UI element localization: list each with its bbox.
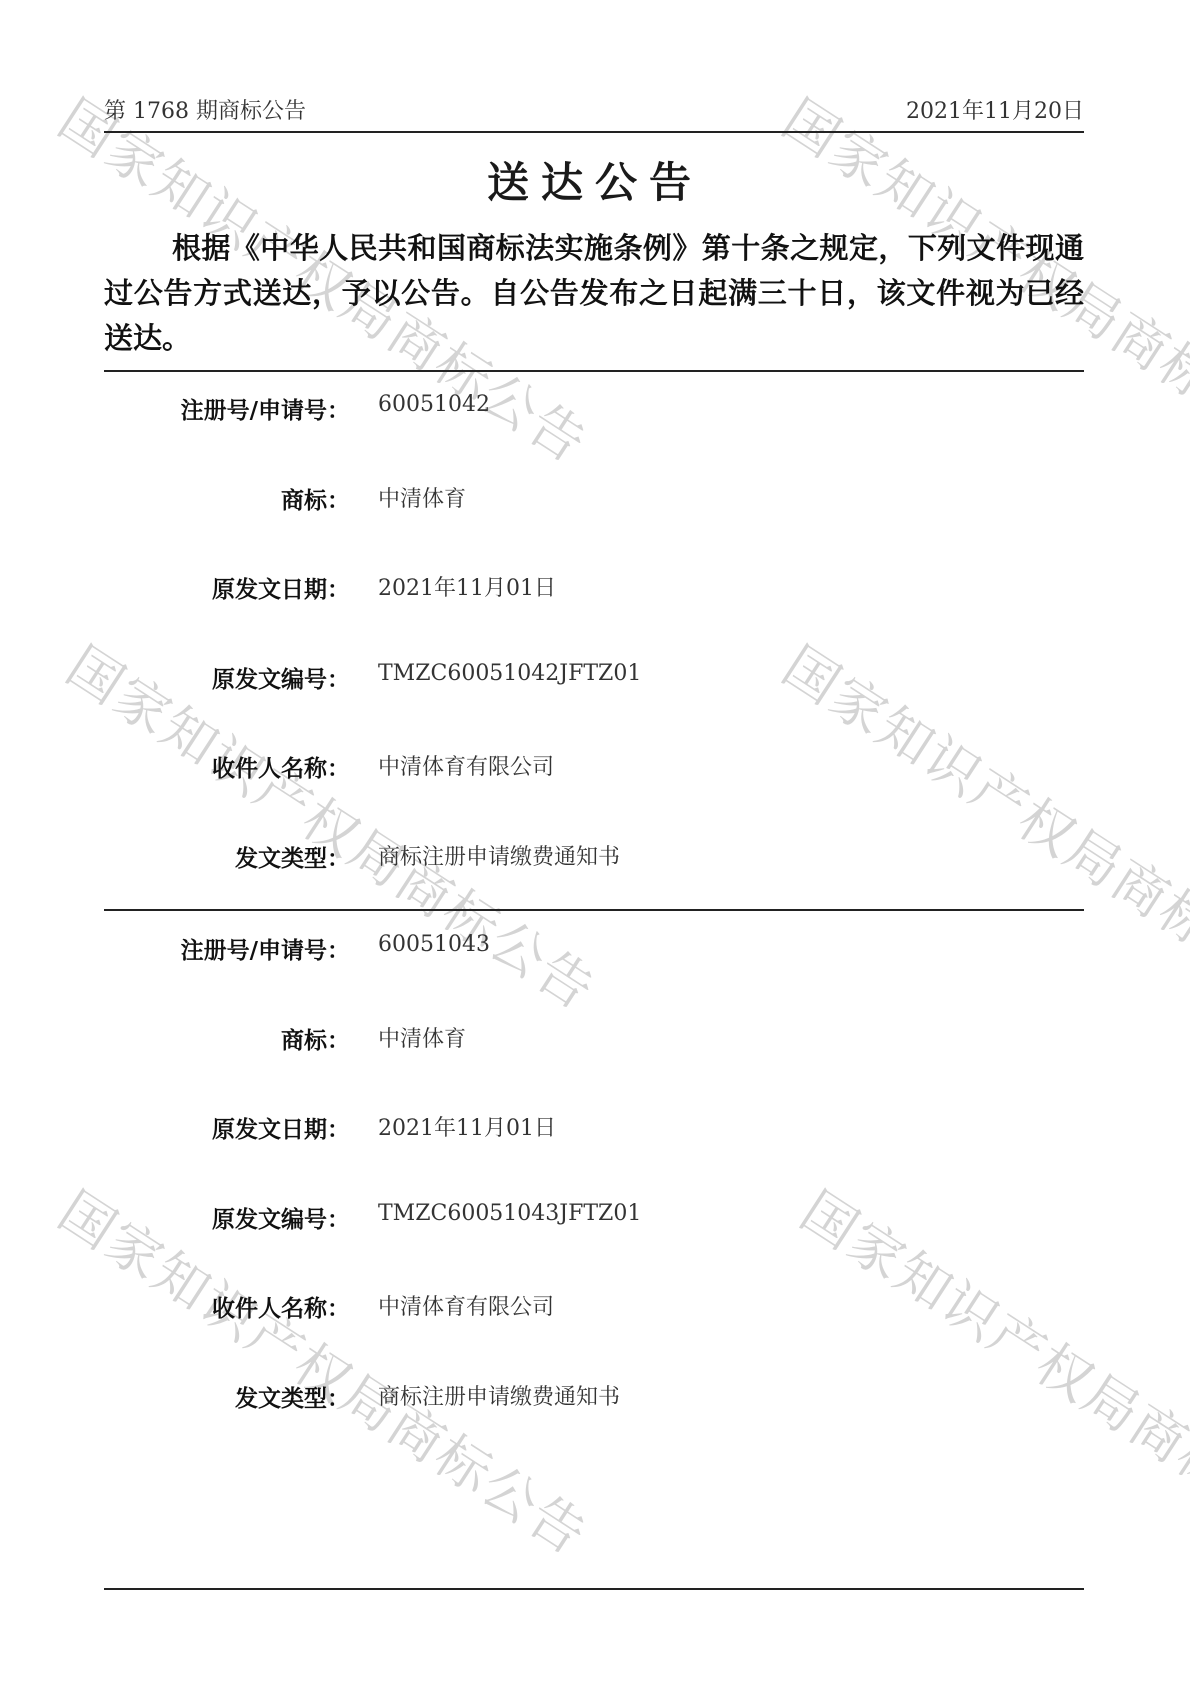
field-value: 60051042 — [378, 392, 490, 417]
field-label: 原发文编号： — [212, 1201, 350, 1234]
field-label: 商标： — [281, 482, 350, 515]
field-value: 中清体育 — [378, 482, 466, 513]
field-label: 注册号/申请号： — [181, 392, 350, 425]
field-value: TMZC60051042JFTZ01 — [378, 661, 641, 686]
header-divider — [104, 131, 1084, 133]
section-divider — [104, 370, 1084, 372]
field-label: 原发文日期： — [212, 1111, 350, 1144]
record-divider — [104, 909, 1084, 911]
field-orig-date: 原发文日期： 2021年11月01日 — [0, 571, 1190, 607]
field-recipient: 收件人名称： 中清体育有限公司 — [0, 750, 1190, 786]
field-label: 发文类型： — [235, 840, 350, 873]
issue-date: 2021年11月20日 — [906, 94, 1084, 125]
field-value: 2021年11月01日 — [378, 1111, 556, 1142]
field-value: 2021年11月01日 — [378, 571, 556, 602]
field-doc-type: 发文类型： 商标注册申请缴费通知书 — [0, 1380, 1190, 1416]
issue-number: 第 1768 期商标公告 — [104, 94, 306, 125]
field-reg-no: 注册号/申请号： 60051042 — [0, 392, 1190, 428]
field-reg-no: 注册号/申请号： 60051043 — [0, 932, 1190, 968]
field-value: 中清体育有限公司 — [378, 1290, 554, 1321]
field-orig-no: 原发文编号： TMZC60051043JFTZ01 — [0, 1201, 1190, 1237]
field-recipient: 收件人名称： 中清体育有限公司 — [0, 1290, 1190, 1326]
field-trademark: 商标： 中清体育 — [0, 1022, 1190, 1058]
footer-divider — [104, 1588, 1084, 1590]
field-orig-date: 原发文日期： 2021年11月01日 — [0, 1111, 1190, 1147]
field-label: 商标： — [281, 1022, 350, 1055]
page-title: 送达公告 — [0, 150, 1190, 210]
field-label: 发文类型： — [235, 1380, 350, 1413]
field-label: 原发文编号： — [212, 661, 350, 694]
field-label: 原发文日期： — [212, 571, 350, 604]
field-label: 注册号/申请号： — [181, 932, 350, 965]
field-doc-type: 发文类型： 商标注册申请缴费通知书 — [0, 840, 1190, 876]
field-label: 收件人名称： — [212, 1290, 350, 1323]
field-value: 中清体育 — [378, 1022, 466, 1053]
field-value: TMZC60051043JFTZ01 — [378, 1201, 641, 1226]
field-value: 商标注册申请缴费通知书 — [378, 1380, 620, 1411]
field-label: 收件人名称： — [212, 750, 350, 783]
field-value: 60051043 — [378, 932, 490, 957]
field-value: 中清体育有限公司 — [378, 750, 554, 781]
field-orig-no: 原发文编号： TMZC60051042JFTZ01 — [0, 661, 1190, 697]
field-value: 商标注册申请缴费通知书 — [378, 840, 620, 871]
document-page: 第 1768 期商标公告 2021年11月20日 送达公告 根据《中华人民共和国… — [0, 0, 1190, 1684]
field-trademark: 商标： 中清体育 — [0, 482, 1190, 518]
intro-paragraph: 根据《中华人民共和国商标法实施条例》第十条之规定，下列文件现通过公告方式送达，予… — [104, 226, 1084, 361]
